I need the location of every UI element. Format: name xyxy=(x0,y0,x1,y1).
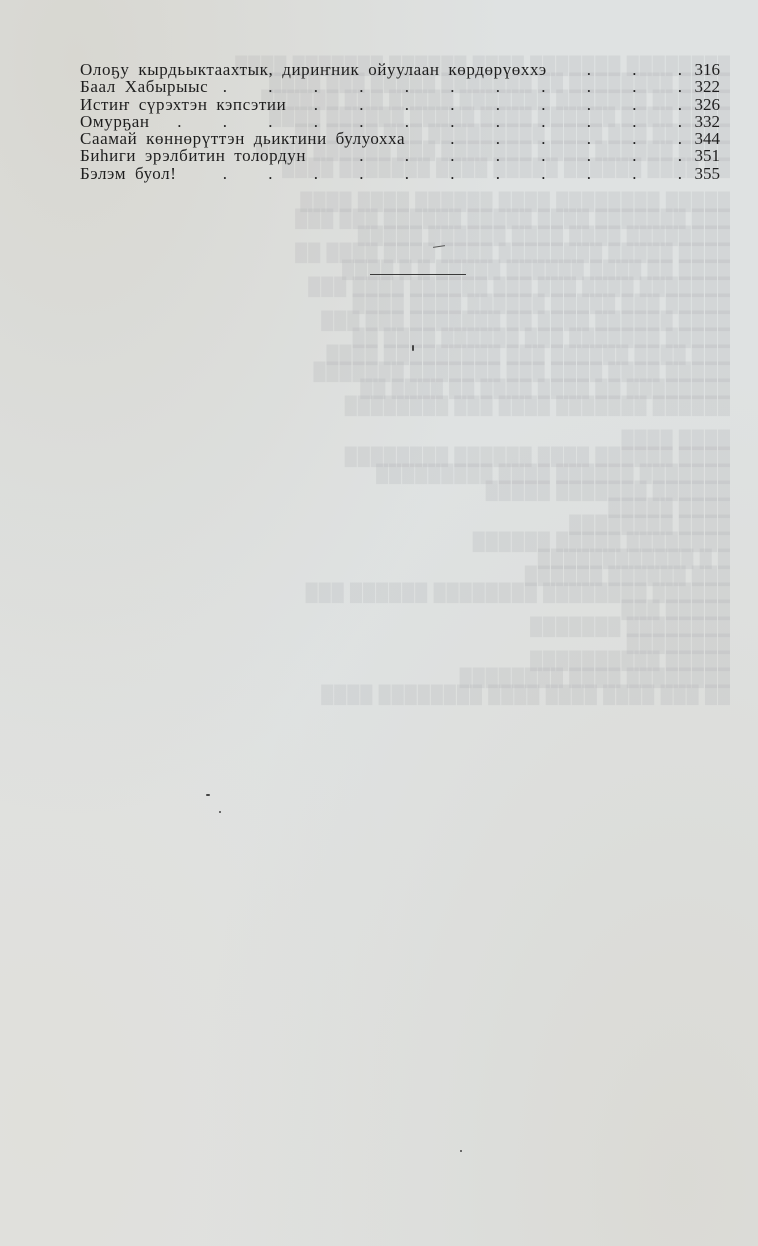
toc-entry-page: 326 xyxy=(686,96,720,113)
toc-entry-page: 322 xyxy=(686,78,720,95)
dot-leader xyxy=(320,147,682,164)
toc-entry-title: Бэлэм буол! xyxy=(80,165,177,182)
paper-speck xyxy=(412,345,414,351)
end-rule-divider xyxy=(370,274,466,275)
table-of-contents: Олоҕу кырдьыктаахтык, дириҥник ойуулаан … xyxy=(80,61,720,182)
toc-entry-title: Истиҥ сүрэхтэн кэпсэтии xyxy=(80,96,286,113)
toc-entry: Саамай көннөрүттэн дьиктини булуохха 344 xyxy=(80,130,720,147)
paper-speck xyxy=(460,1150,462,1152)
dot-leader xyxy=(561,61,682,78)
toc-entry-page: 355 xyxy=(686,165,720,182)
dot-leader xyxy=(164,113,682,130)
dot-leader xyxy=(419,130,682,147)
toc-entry: Олоҕу кырдьыктаахтык, дириҥник ойуулаан … xyxy=(80,61,720,78)
book-page: ████████ ███████ ████ ██████ ███████ ███… xyxy=(0,0,758,1246)
toc-entry-page: 344 xyxy=(686,130,720,147)
toc-entry: Омурҕан 332 xyxy=(80,113,720,130)
toc-entry: Баал Хабырыыс 322 xyxy=(80,78,720,95)
dot-leader xyxy=(191,165,683,182)
dot-leader xyxy=(222,78,682,95)
toc-entry: Истиҥ сүрэхтэн кэпсэтии 326 xyxy=(80,96,720,113)
toc-entry-page: 332 xyxy=(686,113,720,130)
dot-leader xyxy=(300,96,682,113)
toc-entry-title: Баал Хабырыыс xyxy=(80,78,208,95)
toc-entry-title: Олоҕу кырдьыктаахтык, дириҥник ойуулаан … xyxy=(80,61,547,78)
paper-speck xyxy=(219,811,221,813)
toc-entry: Биһиги эрэлбитин толордун 351 xyxy=(80,147,720,164)
printer-mark xyxy=(433,245,445,248)
toc-entry-title: Биһиги эрэлбитин толордун xyxy=(80,147,306,164)
paper-speck xyxy=(206,794,210,796)
toc-entry-title: Саамай көннөрүттэн дьиктини булуохха xyxy=(80,130,405,147)
toc-entry-page: 351 xyxy=(686,147,720,164)
toc-entry: Бэлэм буол! 355 xyxy=(80,165,720,182)
toc-entry-title: Омурҕан xyxy=(80,113,150,130)
reverse-side-bleed-through: ████████ ███████ ████ ██████ ███████ ███… xyxy=(90,40,730,1090)
toc-entry-page: 316 xyxy=(686,61,720,78)
